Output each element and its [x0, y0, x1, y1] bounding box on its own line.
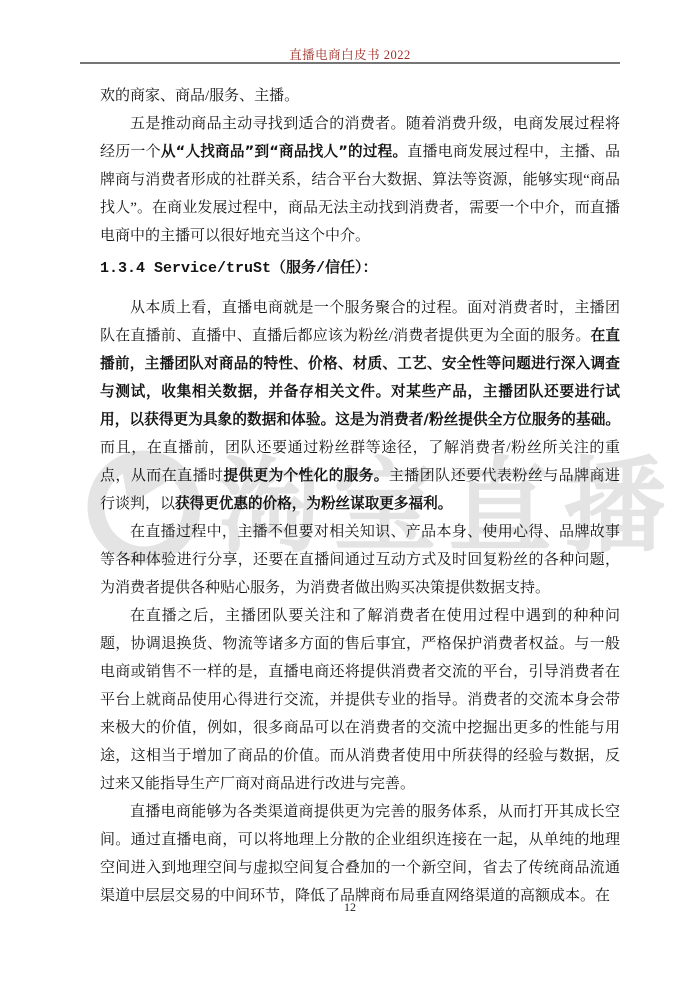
- text-run: 获得更优惠的价格，为粉丝谋取更多福利。: [175, 495, 452, 512]
- header-title: 直播电商白皮书 2022: [0, 45, 700, 63]
- text-run: 提供更为个性化的服务。: [224, 467, 389, 484]
- text-run: 在直播过程中，主播不但要对相关知识、产品本身、使用心得、品牌故事等各种体验进行分…: [100, 524, 620, 596]
- paragraph: 在直播过程中，主播不但要对相关知识、产品本身、使用心得、品牌故事等各种体验进行分…: [100, 518, 620, 602]
- paragraph: 欢的商家、商品/服务、主播。: [100, 82, 620, 110]
- text-run: 在直播之后，主播团队要关注和了解消费者在使用过程中遇到的种种问题，协调退换货、物…: [100, 608, 620, 792]
- text-run: 欢的商家、商品/服务、主播。: [100, 88, 299, 104]
- text-run: 直播电商能够为各类渠道商提供更为完善的服务体系，从而打开其成长空间。通过直播电商…: [100, 804, 620, 904]
- body-content: 欢的商家、商品/服务、主播。 五是推动商品主动寻找到适合的消费者。随着消费升级，…: [100, 82, 620, 910]
- document-page: 直播电商白皮书 2022 淘宝直播 欢的商家、商品/服务、主播。 五是推动商品主…: [0, 0, 700, 990]
- text-run: 从“人找商品”到“商品找人”的过程。: [161, 143, 407, 160]
- paragraph: 直播电商能够为各类渠道商提供更为完善的服务体系，从而打开其成长空间。通过直播电商…: [100, 798, 620, 910]
- text-run: 从本质上看，直播电商就是一个服务聚合的过程。面对消费者时，主播团队在直播前、直播…: [100, 300, 620, 344]
- paragraph: 从本质上看，直播电商就是一个服务聚合的过程。面对消费者时，主播团队在直播前、直播…: [100, 294, 620, 518]
- header-rule: [80, 62, 620, 64]
- paragraph: 在直播之后，主播团队要关注和了解消费者在使用过程中遇到的种种问题，协调退换货、物…: [100, 602, 620, 798]
- section-heading: 1.3.4 Service/truSt（服务/信任）：: [100, 258, 620, 280]
- paragraph: 五是推动商品主动寻找到适合的消费者。随着消费升级，电商发展过程将经历一个从“人找…: [100, 110, 620, 250]
